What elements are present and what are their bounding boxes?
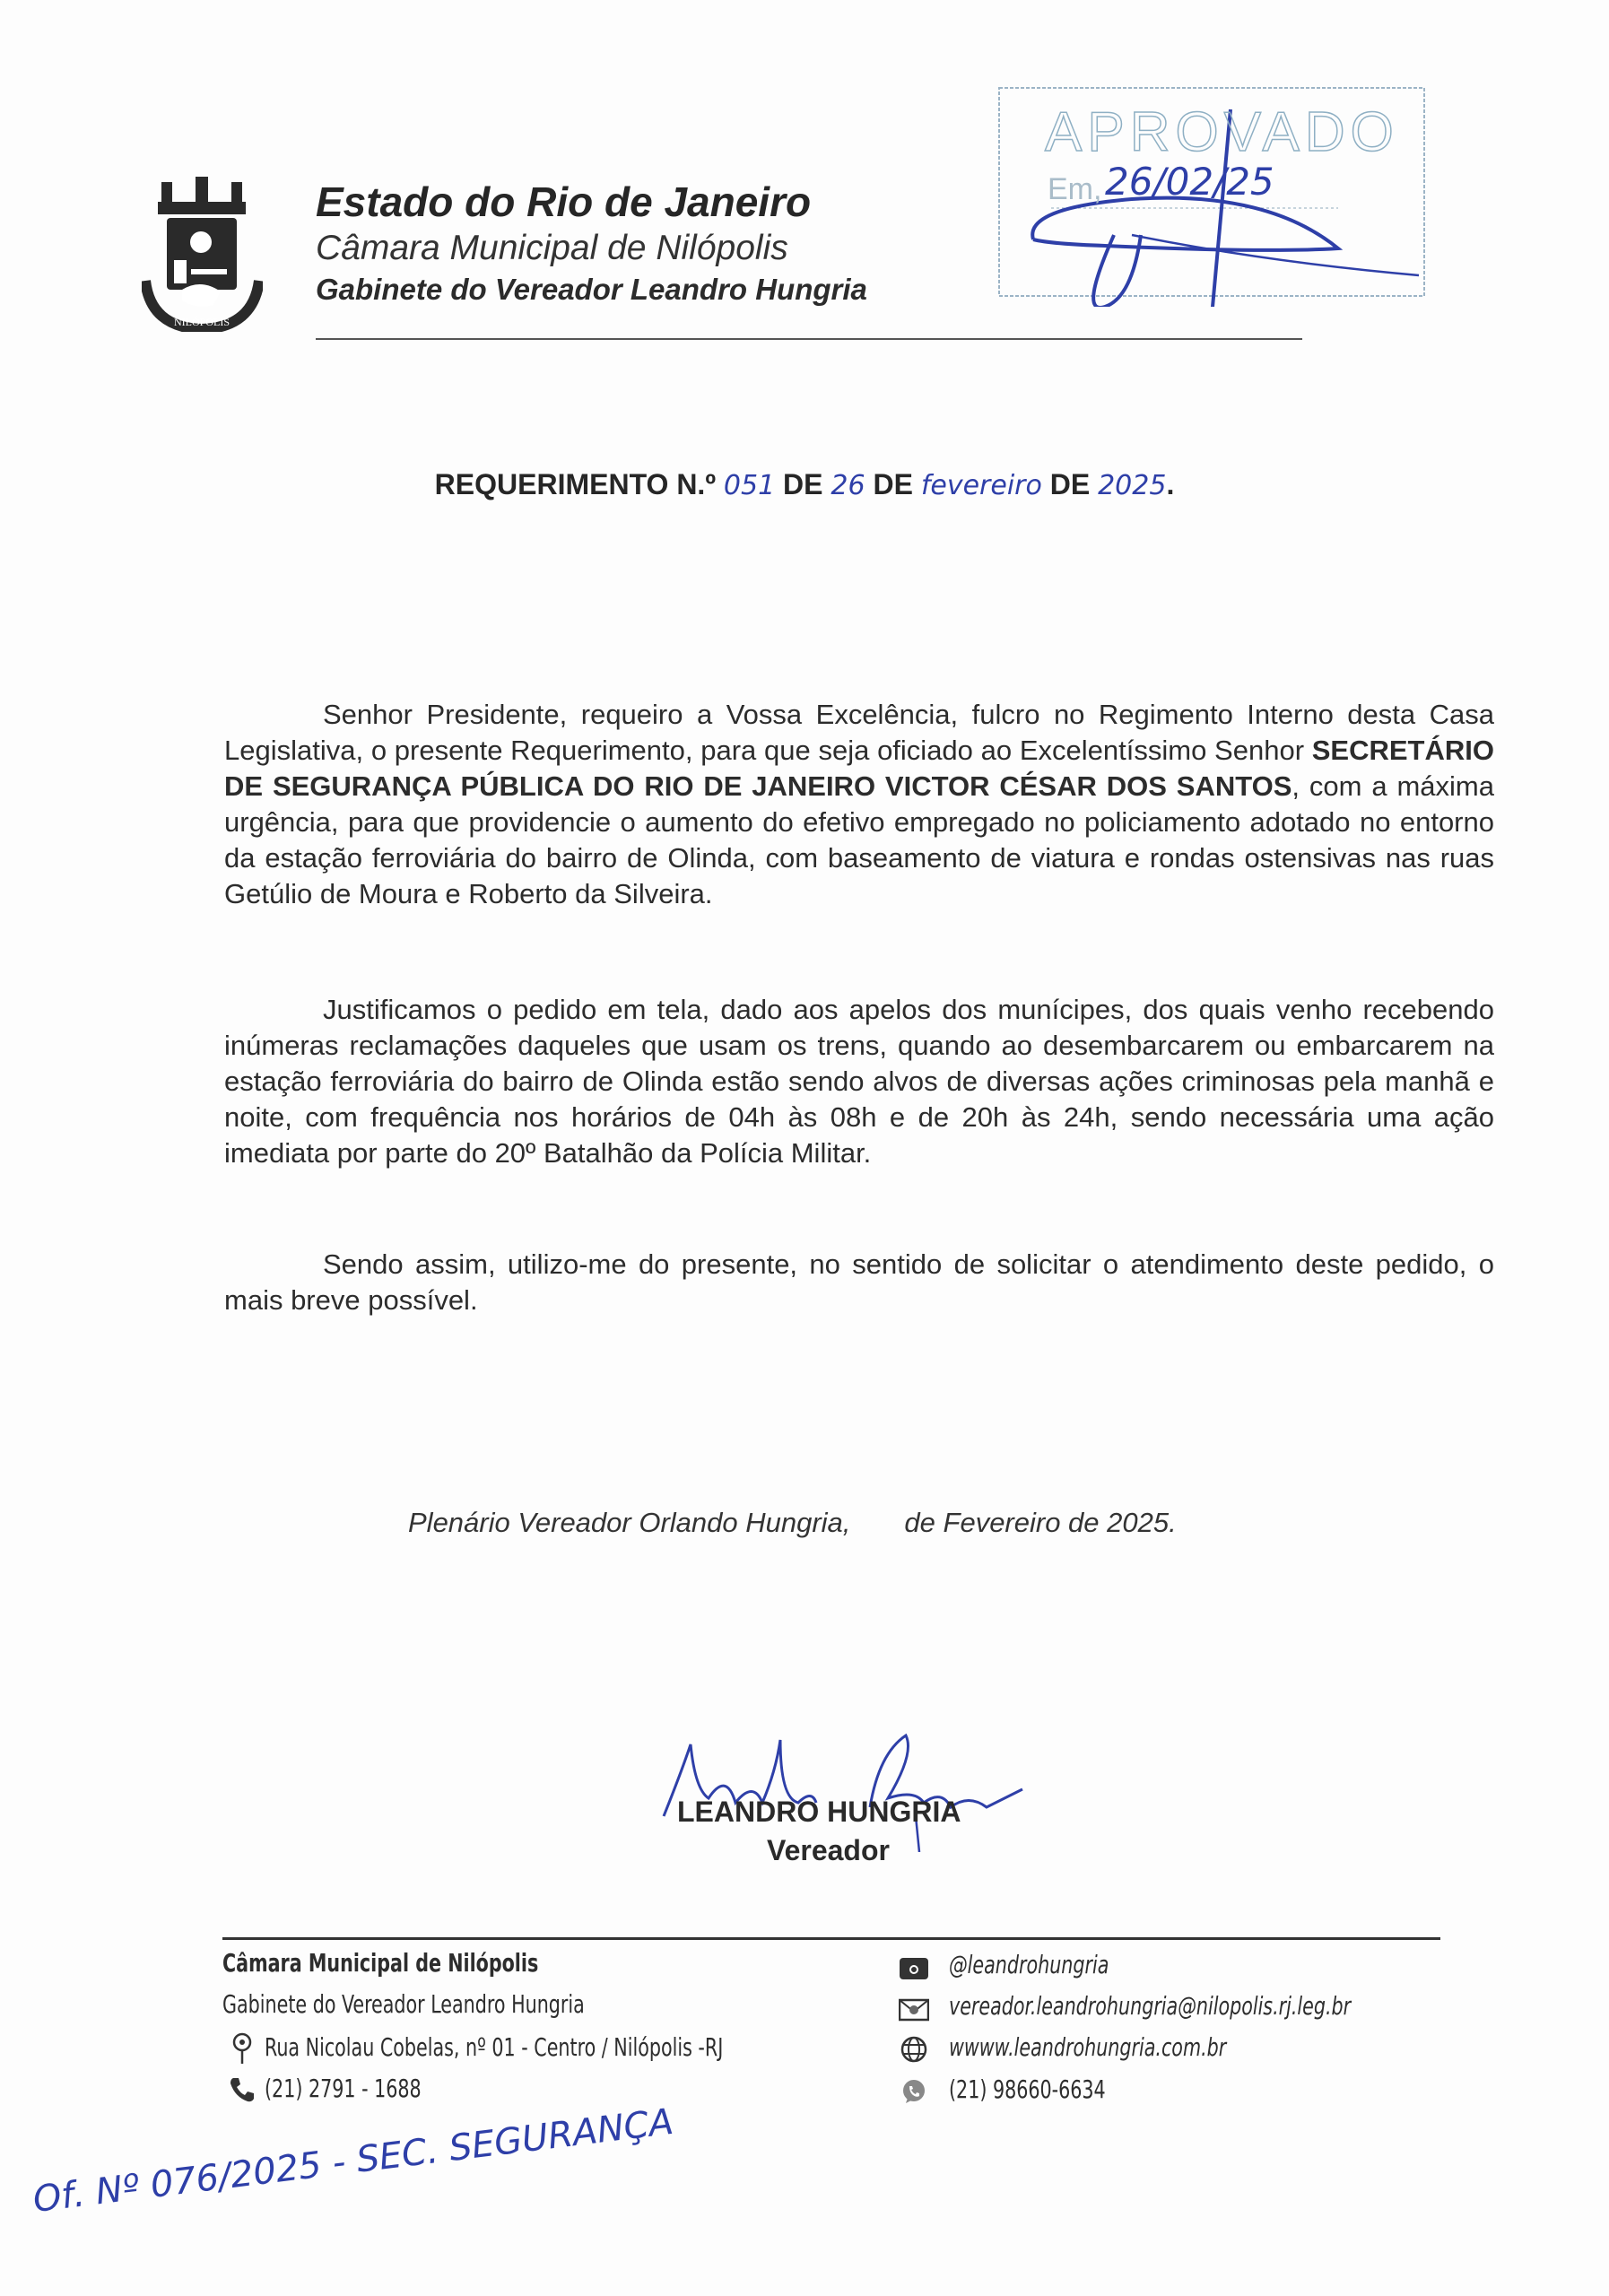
request-day: 26 [831,470,865,501]
globe-icon [899,2036,929,2063]
signatory-name: LEANDRO HUNGRIA [677,1796,961,1829]
body-paragraph-2: Justificamos o pedido em tela, dado aos … [224,992,1494,1171]
handwritten-signature [646,1718,1040,1852]
phone-icon [228,2075,257,2104]
footer-phone: (21) 2791 - 1688 [265,2074,422,2103]
footer-whatsapp[interactable]: (21) 98660-6634 [949,2074,1106,2104]
footer-email[interactable]: vereador.leandrohungria@nilopolis.rj.leg… [949,1991,1351,2021]
body-paragraph-3: Sendo assim, utilizo-me do presente, no … [224,1247,1494,1318]
footer-chamber: Câmara Municipal de Nilópolis [222,1948,538,1978]
footer-divider [222,1937,1440,1940]
municipal-crest-logo: NILÓPOLIS [142,175,263,332]
request-number: 051 [724,470,775,501]
stamp-em-label: Em, [1048,172,1101,207]
footer-address: Rua Nicolau Cobelas, nº 01 - Centro / Ni… [265,2032,723,2062]
request-month: fevereiro [921,470,1042,501]
stamp-approved-label: APROVADO [1045,100,1399,164]
footer-office: Gabinete do Vereador Leandro Hungria [222,1989,585,2019]
whatsapp-icon [899,2078,929,2105]
header-divider [316,338,1302,340]
header-office: Gabinete do Vereador Leandro Hungria [316,273,867,307]
email-icon [899,1996,929,2023]
request-year: 2025 [1098,470,1166,501]
stamp-date-handwritten: 26/02/25 [1105,160,1274,204]
header-state: Estado do Rio de Janeiro [316,178,811,226]
body-paragraph-1: Senhor Presidente, requeiro a Vossa Exce… [224,697,1494,912]
closing-place-date: Plenário Vereador Orlando Hungria,de Fev… [408,1507,1177,1539]
footer-website[interactable]: wwww.leandrohungria.com.br [949,2032,1226,2062]
signatory-role: Vereador [767,1834,890,1867]
handwritten-office-note: Of. Nº 076/2025 - SEC. SEGURANÇA [30,2101,675,2221]
document-title: REQUERIMENTO N.º 051 DE 26 DE fevereiro … [0,468,1609,501]
footer-instagram[interactable]: @leandrohungria [949,1950,1109,1979]
header-chamber: Câmara Municipal de Nilópolis [316,229,788,268]
instagram-icon [899,1955,929,1982]
location-pin-icon [231,2032,253,2065]
svg-text:NILÓPOLIS: NILÓPOLIS [174,316,230,328]
